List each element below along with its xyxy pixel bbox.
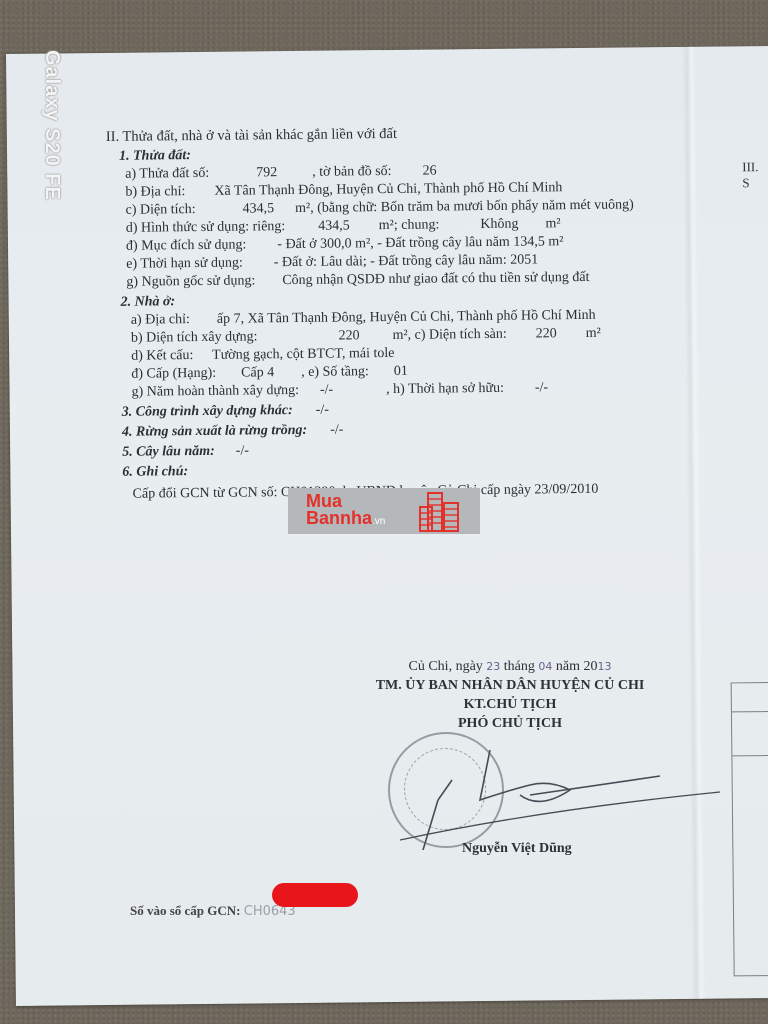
house-structure-row: d) Kết cấu: Tường gạch, cột BTCT, mái to…: [131, 346, 394, 365]
house-grade-row: đ) Cấp (Hạng): Cấp 4 , e) Số tầng: 01: [131, 364, 408, 383]
device-watermark: Galaxy S20 FE: [40, 50, 63, 201]
diagram-box: [731, 682, 768, 977]
parcel-number-row: a) Thửa đất số: 792 , tờ bản đồ số: 26: [125, 163, 436, 182]
section-title: II. Thửa đất, nhà ở và tài sản khác gắn …: [106, 126, 397, 146]
handwritten-signature: [390, 740, 730, 850]
issuing-authority: TM. ỦY BAN NHÂN DÂN HUYỆN CỦ CHI: [360, 678, 660, 694]
house-heading: 2. Nhà ở:: [121, 294, 176, 311]
logo-text-line2: Bannha: [306, 508, 372, 528]
section-iii-heading: III. S: [742, 159, 759, 191]
buildings-icon: [418, 491, 462, 533]
usage-term-row: e) Thời hạn sử dụng: - Đất ở: Lâu dài; -…: [126, 252, 538, 272]
parcel-area: 434,5: [243, 201, 275, 216]
forest-row: 4. Rừng sản xuất là rừng trồng: -/-: [122, 422, 344, 440]
signature-block: Củ Chi, ngày 23 tháng 04 năm 2013 TM. ỦY…: [360, 659, 660, 732]
house-completion-row: g) Năm hoàn thành xây dựng: -/- , h) Thờ…: [131, 380, 548, 400]
redaction-mark: [272, 883, 358, 907]
issue-date: Củ Chi, ngày 23 tháng 04 năm 2013: [360, 659, 660, 675]
usage-purpose-row: đ) Mục đích sử dụng: - Đất ở 300,0 m², -…: [126, 234, 564, 255]
parcel-address: Xã Tân Thạnh Đông, Huyện Củ Chi, Thành p…: [214, 180, 562, 199]
other-construction-row: 3. Công trình xây dựng khác: -/-: [122, 403, 329, 421]
logo-domain: .vn: [372, 516, 385, 527]
usage-form-row: d) Hình thức sử dụng: riêng: 434,5 m²; c…: [126, 216, 561, 237]
page-fold: [682, 47, 706, 999]
parcel-heading: 1. Thửa đất:: [119, 148, 191, 165]
usage-origin-row: g) Nguồn gốc sử dụng: Công nhận QSDĐ như…: [126, 270, 589, 291]
parcel-number: 792: [256, 165, 277, 180]
signer-role-1: KT.CHỦ TỊCH: [360, 697, 660, 713]
registry-number-row: Số vào sổ cấp GCN: CH0643: [130, 903, 296, 919]
notes-heading-row: 6. Ghi chú:: [122, 464, 188, 481]
parcel-address-row: b) Địa chỉ: Xã Tân Thạnh Đông, Huyện Củ …: [125, 180, 562, 201]
house-address: ấp 7, Xã Tân Thạnh Đông, Huyện Củ Chi, T…: [217, 308, 596, 327]
map-sheet-number: 26: [422, 163, 436, 178]
signer-name: Nguyễn Việt Dũng: [462, 841, 572, 857]
signer-role-2: PHÓ CHỦ TỊCH: [360, 716, 660, 732]
perennial-row: 5. Cây lâu năm: -/-: [122, 443, 249, 460]
house-area-row: b) Diện tích xây dựng: 220 m², c) Diện t…: [131, 326, 601, 347]
site-logo-watermark: Mua Bannha.vn: [288, 488, 480, 534]
